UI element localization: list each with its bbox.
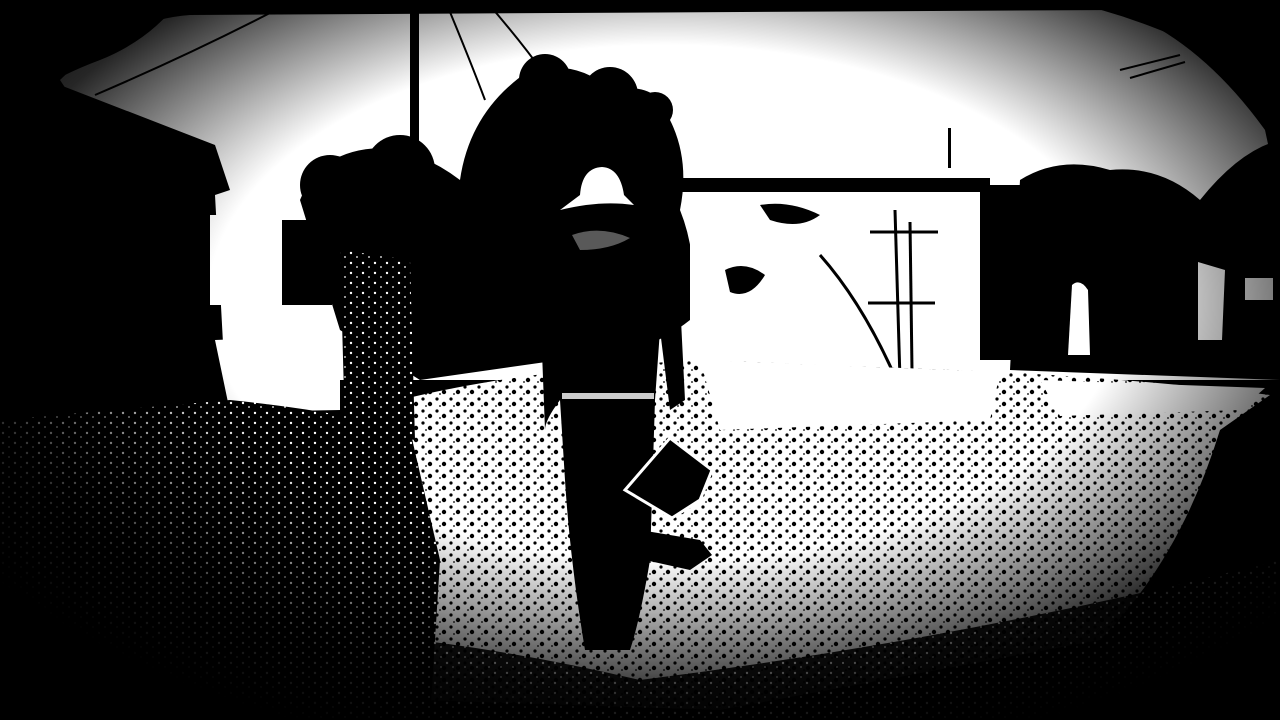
vignette (0, 0, 1280, 720)
photo-scene: High-contrast black-and-white photograph… (0, 0, 1280, 720)
photo-canvas (0, 0, 1280, 720)
